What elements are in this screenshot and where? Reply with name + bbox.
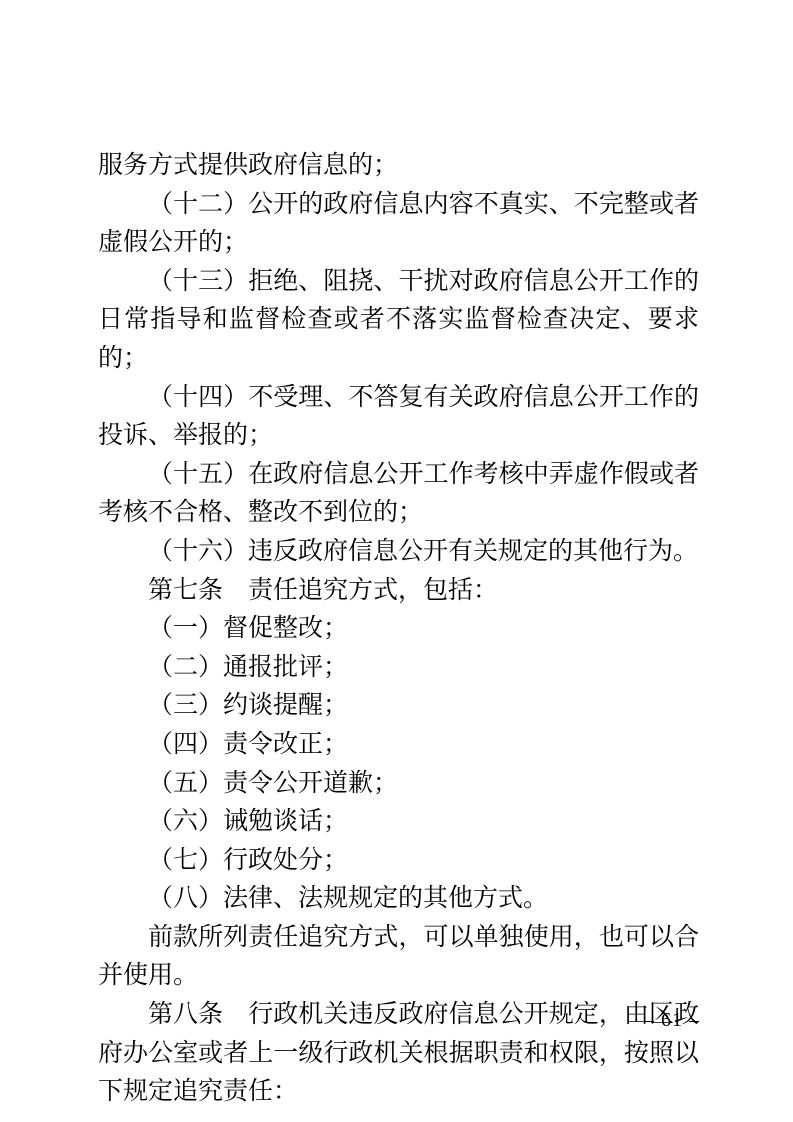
paragraph-item-15: （十五）在政府信息公开工作考核中弄虚作假或者考核不合格、整改不到位的； (98, 455, 699, 532)
paragraph-article-7: 第七条 责任追究方式，包括： (98, 571, 699, 610)
paragraph-article-8: 第八条 行政机关违反政府信息公开规定，由区政府办公室或者上一级行政机关根据职责和… (98, 995, 699, 1111)
paragraph-item-5: （五）责令公开道歉； (98, 764, 699, 803)
document-body: 服务方式提供政府信息的； （十二）公开的政府信息内容不真实、不完整或者虚假公开的… (98, 146, 699, 1111)
paragraph-item-3: （三）约谈提醒； (98, 686, 699, 725)
paragraph-item-4: （四）责令改正； (98, 725, 699, 764)
paragraph-item-8: （八）法律、法规规定的其他方式。 (98, 879, 699, 918)
paragraph-item-1: （一）督促整改； (98, 609, 699, 648)
paragraph-item-7: （七）行政处分； (98, 841, 699, 880)
paragraph-item-6: （六）诫勉谈话； (98, 802, 699, 841)
paragraph-item-2: （二）通报批评； (98, 648, 699, 687)
paragraph-item-12: （十二）公开的政府信息内容不真实、不完整或者虚假公开的； (98, 185, 699, 262)
paragraph-item-16: （十六）违反政府信息公开有关规定的其他行为。 (98, 532, 699, 571)
page-number: – 61 – (644, 1009, 700, 1031)
paragraph-item-14: （十四）不受理、不答复有关政府信息公开工作的投诉、举报的； (98, 378, 699, 455)
document-page: 服务方式提供政府信息的； （十二）公开的政府信息内容不真实、不完整或者虚假公开的… (0, 0, 793, 1122)
paragraph-continuation: 服务方式提供政府信息的； (98, 146, 699, 185)
paragraph-item-13: （十三）拒绝、阻挠、干扰对政府信息公开工作的日常指导和监督检查或者不落实监督检查… (98, 262, 699, 378)
paragraph-clause-usage: 前款所列责任追究方式，可以单独使用，也可以合并使用。 (98, 918, 699, 995)
